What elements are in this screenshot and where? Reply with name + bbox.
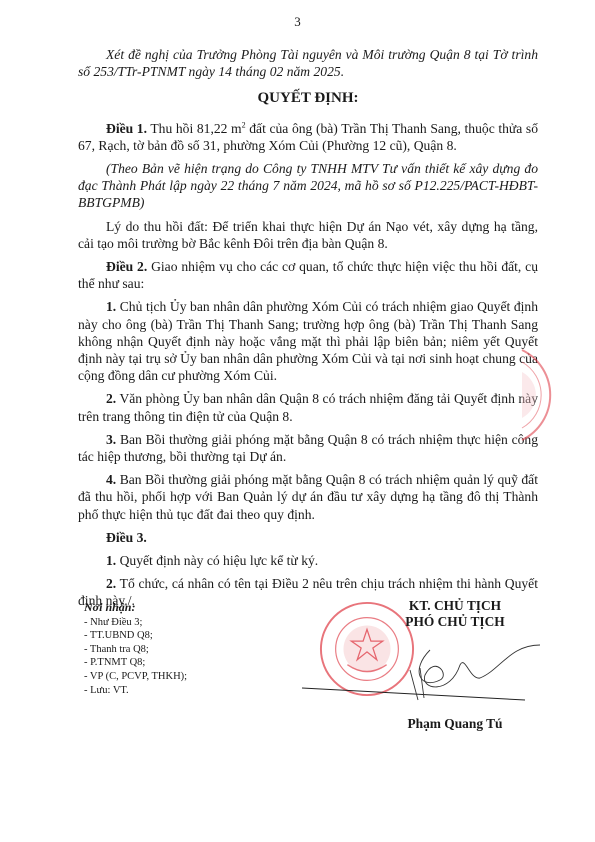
recipients-block: Nơi nhận: - Như Điều 3; - TT.UBND Q8; - … <box>84 601 187 697</box>
article-2: Điều 2. Giao nhiệm vụ cho các cơ quan, t… <box>78 258 538 292</box>
signer-name: Phạm Quang Tú <box>340 716 570 732</box>
recipient-item: - Lưu: VT. <box>84 684 187 698</box>
article-1-reason: Lý do thu hồi đất: Để triển khai thực hi… <box>78 218 538 252</box>
article-1: Điều 1. Thu hồi 81,22 m2 đất của ông (bà… <box>78 120 538 154</box>
handwritten-signature-icon <box>300 640 540 710</box>
decision-heading: QUYẾT ĐỊNH: <box>78 90 538 107</box>
article-1-note: (Theo Bản vẽ hiện trạng do Công ty TNHH … <box>78 160 538 212</box>
article-2-label: Điều 2. <box>106 259 147 274</box>
seal-fragment-icon <box>512 340 592 450</box>
recipients-heading: Nơi nhận: <box>84 601 187 615</box>
article-3-item: 1. Quyết định này có hiệu lực kể từ ký. <box>78 552 538 569</box>
article-3-label: Điều 3. <box>106 530 147 545</box>
recipient-item: - Thanh tra Q8; <box>84 643 187 657</box>
article-2-item: 4. Ban Bồi thường giải phóng mặt bằng Qu… <box>78 471 538 523</box>
signature-title: KT. CHỦ TỊCH PHÓ CHỦ TỊCH <box>340 598 570 630</box>
article-2-item: 2. Văn phòng Ủy ban nhân dân Quận 8 có t… <box>78 390 538 424</box>
article-2-item: 3. Ban Bồi thường giải phóng mặt bằng Qu… <box>78 431 538 465</box>
document-body: Xét đề nghị của Trưởng Phòng Tài nguyên … <box>78 46 538 616</box>
recipient-item: - VP (C, PCVP, THKH); <box>84 670 187 684</box>
article-1-label: Điều 1. <box>106 121 147 136</box>
article-2-item: 1. Chủ tịch Ủy ban nhân dân phường Xóm C… <box>78 298 538 384</box>
recipient-item: - Như Điều 3; <box>84 616 187 630</box>
page-number: 3 <box>0 14 595 30</box>
preamble: Xét đề nghị của Trưởng Phòng Tài nguyên … <box>78 46 538 80</box>
article-3: Điều 3. <box>78 529 538 546</box>
recipient-item: - P.TNMT Q8; <box>84 656 187 670</box>
recipient-item: - TT.UBND Q8; <box>84 629 187 643</box>
